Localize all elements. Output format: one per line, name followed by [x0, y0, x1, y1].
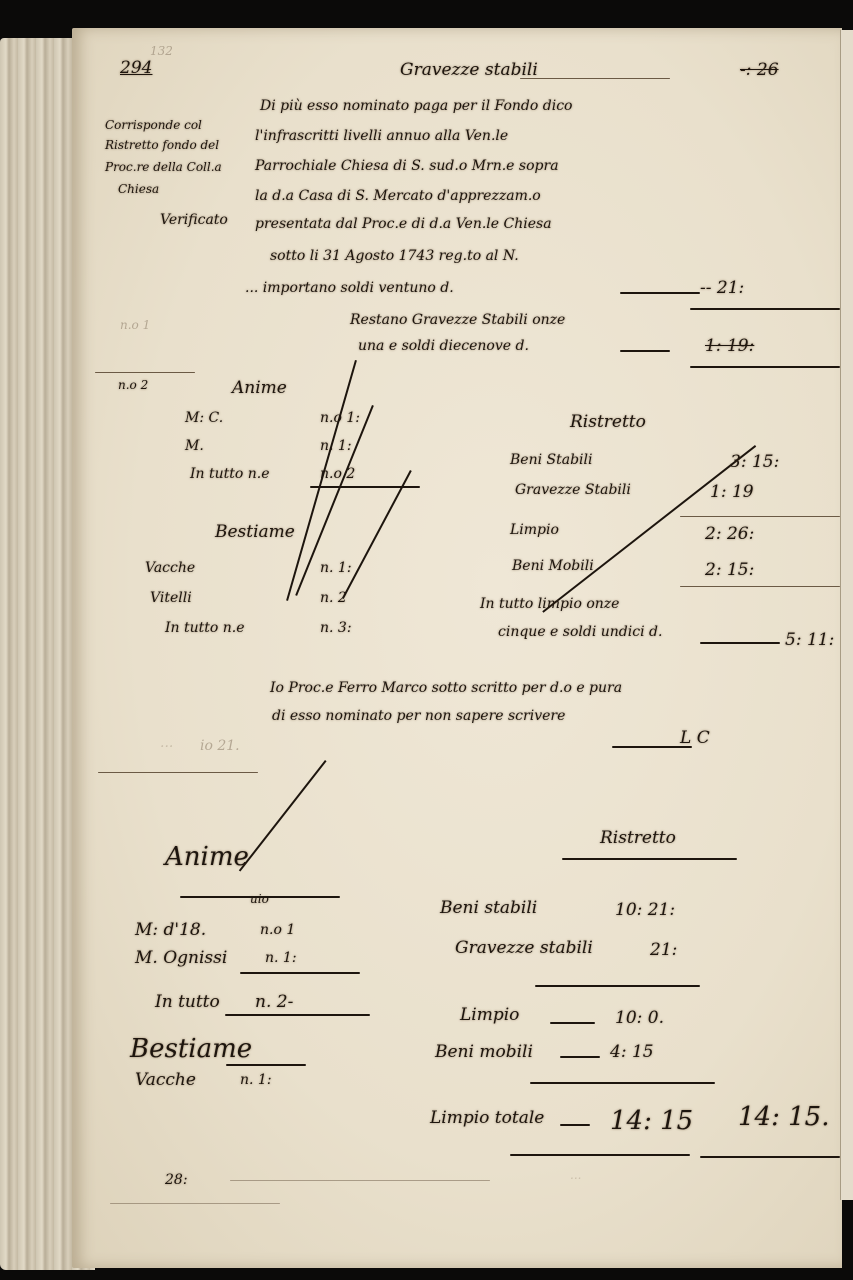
second-rule [225, 1014, 370, 1016]
second-row-value: n. 1: [265, 950, 297, 966]
folio-number: 294 [120, 58, 152, 78]
margin-note-2: Ristretto fondo del [105, 138, 219, 152]
anime-underline [180, 896, 340, 898]
subtotal-rule [690, 308, 840, 310]
ristretto-rule [680, 586, 840, 587]
ristretto2-rule [530, 1082, 715, 1084]
separator-rule [98, 772, 258, 773]
second-row-value: n. 2- [255, 992, 293, 1012]
ristretto2-arrow [550, 1022, 595, 1024]
ristretto2-total-label: Limpio totale [430, 1108, 544, 1128]
ledger-row-label: M. [185, 438, 204, 454]
margin-note-1: Corrisponde col [105, 118, 202, 132]
second-rule [240, 972, 360, 974]
header-entry-label: Gravezze stabili [400, 60, 538, 80]
ristretto-row-label: Beni Mobili [512, 558, 594, 574]
ristretto-row-label: Beni Stabili [510, 452, 592, 468]
verified-note: Verificato [160, 212, 228, 228]
body-line-2: l'infrascritti livelli annuo alla Ven.le [255, 128, 508, 144]
footer-rule [230, 1180, 490, 1181]
second-livestock-label: Vacche [135, 1070, 196, 1090]
margin-note-3: Proc.re della Coll.a [105, 160, 222, 174]
body-line-5: presentata dal Proc.e di d.a Ven.le Chie… [255, 216, 552, 232]
second-row-label: In tutto [155, 992, 220, 1012]
footer-rule [110, 1203, 280, 1204]
final-rule [700, 1156, 840, 1158]
second-row-label: M. Ognissi [135, 948, 227, 968]
second-row-label: M: d'18. [135, 920, 206, 940]
ledger-row-value: n. 1: [320, 438, 352, 454]
ristretto2-arrow [560, 1056, 600, 1058]
second-livestock-value: n. 1: [240, 1072, 272, 1088]
footer-mirror-text: ... [570, 1168, 581, 1182]
ristretto-title-underline [562, 858, 737, 860]
ristretto2-row-label: Beni stabili [440, 898, 537, 918]
header-entry-value: -: 26 [740, 60, 779, 80]
ristretto2-row-label: Gravezze stabili [455, 938, 593, 958]
ristretto2-row-value: 21: [650, 940, 677, 960]
ristretto-total-label-2: cinque e soldi undici d. [498, 624, 662, 640]
ristretto-row-value: 1: 19 [710, 482, 754, 502]
next-page-edge [840, 30, 853, 1200]
ledger-row-label: In tutto n.e [190, 466, 270, 482]
body-line-6: sotto li 31 Agosto 1743 reg.to al N. [270, 248, 519, 264]
footer-page-mark: 28: [165, 1172, 188, 1188]
body-line-7: ... importano soldi ventuno d. [245, 280, 454, 296]
header-rule [520, 78, 670, 79]
body-line-4: la d.a Casa di S. Mercato d'apprezzam.o [255, 188, 541, 204]
livestock-title-1: Bestiame [215, 522, 295, 542]
ristretto-title-2: Ristretto [600, 828, 676, 848]
body-line-3: Parrochiale Chiesa di S. sud.o Mrn.e sop… [255, 158, 559, 174]
signature-line-2: di esso nominato per non sapere scrivere [272, 708, 565, 724]
livestock-underline [226, 1064, 306, 1066]
ristretto2-total-value: 14: 15 [610, 1106, 693, 1136]
signature-line-1: Io Proc.e Ferro Marco sotto scritto per … [270, 680, 622, 696]
ristretto2-carried-total: 14: 15. [738, 1102, 829, 1132]
ristretto2-row-label: Limpio [460, 1005, 519, 1025]
ristretto-total-label-1: In tutto limpio onze [480, 596, 619, 612]
total-rule-1 [690, 366, 840, 368]
ristretto2-arrow [560, 1124, 590, 1126]
ghost-note-2: n.o 2 [118, 378, 148, 392]
body-line-7-value: -- 21: [700, 278, 744, 298]
ristretto2-rule [535, 985, 700, 987]
ghost-note-1: n.o 1 [120, 318, 150, 332]
ristretto2-row-value: 10: 21: [615, 900, 675, 920]
body-rule-1 [620, 292, 700, 294]
signature-flourish: L C [680, 728, 710, 748]
margin-note-4: Chiesa [118, 182, 159, 196]
body-line-1: Di più esso nominato paga per il Fondo d… [260, 98, 572, 114]
ristretto-row-label: Limpio [510, 522, 559, 538]
livestock-row-label: In tutto n.e [165, 620, 245, 636]
ledger-row-label: M: C. [185, 410, 223, 426]
body-line-9: una e soldi diecenove d. [358, 338, 529, 354]
body-line-9-value: 1: 19: [705, 336, 754, 356]
folio-number-alt: 132 [150, 44, 173, 58]
livestock-row-value: n. 1: [320, 560, 352, 576]
body-rule-2 [620, 350, 670, 352]
ristretto2-row-value: 4: 15 [610, 1042, 654, 1062]
ristretto-rule [680, 516, 840, 517]
livestock-row-label: Vitelli [150, 590, 192, 606]
livestock-title-2: Bestiame [130, 1034, 252, 1064]
ristretto2-row-value: 10: 0. [615, 1008, 664, 1028]
ristretto2-row-label: Beni mobili [435, 1042, 533, 1062]
signature-flourish-stroke [612, 746, 692, 748]
lower-ghost-1: ... [160, 735, 173, 751]
second-row-value: n.o 1 [260, 922, 295, 938]
left-rule [95, 372, 195, 373]
ristretto-row-value: 3: 15: [730, 452, 779, 472]
ristretto-total-value: 5: 11: [785, 630, 834, 650]
anime-title-1: Anime [232, 378, 287, 398]
ristretto-title-1: Ristretto [570, 412, 646, 432]
livestock-row-value: n. 3: [320, 620, 352, 636]
lower-ghost-2: io 21. [200, 738, 240, 754]
ristretto-row-value: 2: 15: [705, 560, 754, 580]
anime-title-2: Anime [165, 842, 249, 872]
ristretto-row-value: 2: 26: [705, 524, 754, 544]
ristretto-total-rule [700, 642, 780, 644]
body-line-8: Restano Gravezze Stabili onze [350, 312, 565, 328]
ristretto-row-label: Gravezze Stabili [515, 482, 631, 498]
livestock-row-label: Vacche [145, 560, 195, 576]
anime-subscript: uio [250, 892, 269, 906]
final-rule [510, 1154, 690, 1156]
